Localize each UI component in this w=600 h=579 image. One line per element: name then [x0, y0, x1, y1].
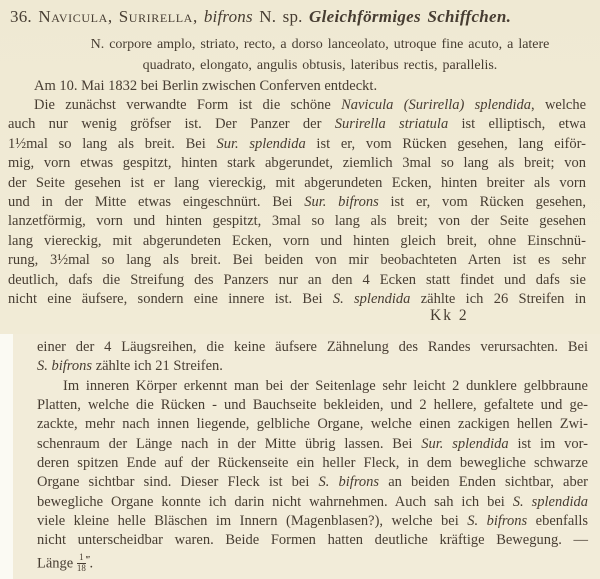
text-line: nicht eine äufsere, sondern eine innere … [8, 290, 586, 309]
text-line: 1½mal so lang als breit. Bei Sur. splend… [8, 135, 586, 154]
text-line: auch nur wenig gröfser ist. Der Panzer d… [8, 115, 586, 134]
text-line: N. corpore amplo, striato, recto, a dors… [60, 34, 580, 55]
text-line: Im inneren Körper erkennt man bei der Se… [37, 377, 588, 396]
text-line: lang viereckig, mit abgerundeten Ecken, … [8, 232, 586, 251]
paragraph-comparison: Die zunächst verwandte Form ist die schö… [8, 96, 586, 309]
page-bottom-text: einer der 4 Läugsreihen, die keine äufse… [37, 338, 588, 574]
text-line: mig, vorn etwas gespitzt, hinten stark a… [8, 154, 586, 173]
latin-diagnosis: N. corpore amplo, striato, recto, a dors… [60, 34, 580, 76]
text-line: 36. Navicula, Surirella, bifrons N. sp. … [10, 5, 588, 29]
text-line: Die zunächst verwandte Form ist die schö… [8, 96, 586, 115]
text-line: deutlich, dafs die Streifung des Panzers… [8, 271, 586, 290]
text-line: S. bifrons zählte ich 21 Streifen. [37, 357, 588, 376]
paragraph-inner-body: Im inneren Körper erkennt man bei der Se… [37, 377, 588, 574]
entry-heading: 36. Navicula, Surirella, bifrons N. sp. … [10, 5, 588, 29]
text-line: schenraum der Länge nach in der Mitte üb… [37, 435, 588, 454]
text-line: Länge 118‴. [37, 551, 588, 574]
text-line: zackte, mehr nach innen liegende, gelbli… [37, 415, 588, 434]
text-line: und in der Mitte etwas eingeschnürt. Bei… [8, 193, 586, 212]
text-line: deren spitzen Ende auf der Rückenseite e… [37, 454, 588, 473]
paragraph-discovery: Am 10. Mai 1832 bei Berlin zwischen Conf… [8, 76, 586, 96]
text-line: bewegliche Organe konnte ich darin nicht… [37, 493, 588, 512]
text-line: viele kleine helle Bläschen im Innern (M… [37, 512, 588, 531]
text-line: rung, 3½mal so lang als breit. Bei beide… [8, 251, 586, 270]
text-line: Organe sichtbar sind. Dieser Fleck ist b… [37, 473, 588, 492]
text-line: der Seite gesehen ist er lang viereckig,… [8, 174, 586, 193]
text-line: Am 10. Mai 1832 bei Berlin zwischen Conf… [8, 76, 586, 96]
signature-mark: Kk 2 [430, 307, 469, 325]
scan-edge-white-strip [0, 334, 13, 579]
text-line: einer der 4 Läugsreihen, die keine äufse… [37, 338, 588, 357]
fraction: 118 [77, 553, 86, 573]
text-line: lanzetförmig, vorn und hinten gespitzt, … [8, 212, 586, 231]
text-line: nicht unterscheidbar waren. Beide Formen… [37, 531, 588, 550]
scanned-document-page: 36. Navicula, Surirella, bifrons N. sp. … [0, 0, 600, 579]
text-line: quadrato, elongato, angulis obtusis, lat… [60, 55, 580, 76]
text-line: Platten, welche die Rücken - und Bauchse… [37, 396, 588, 415]
paragraph-continuation: einer der 4 Läugsreihen, die keine äufse… [37, 338, 588, 377]
